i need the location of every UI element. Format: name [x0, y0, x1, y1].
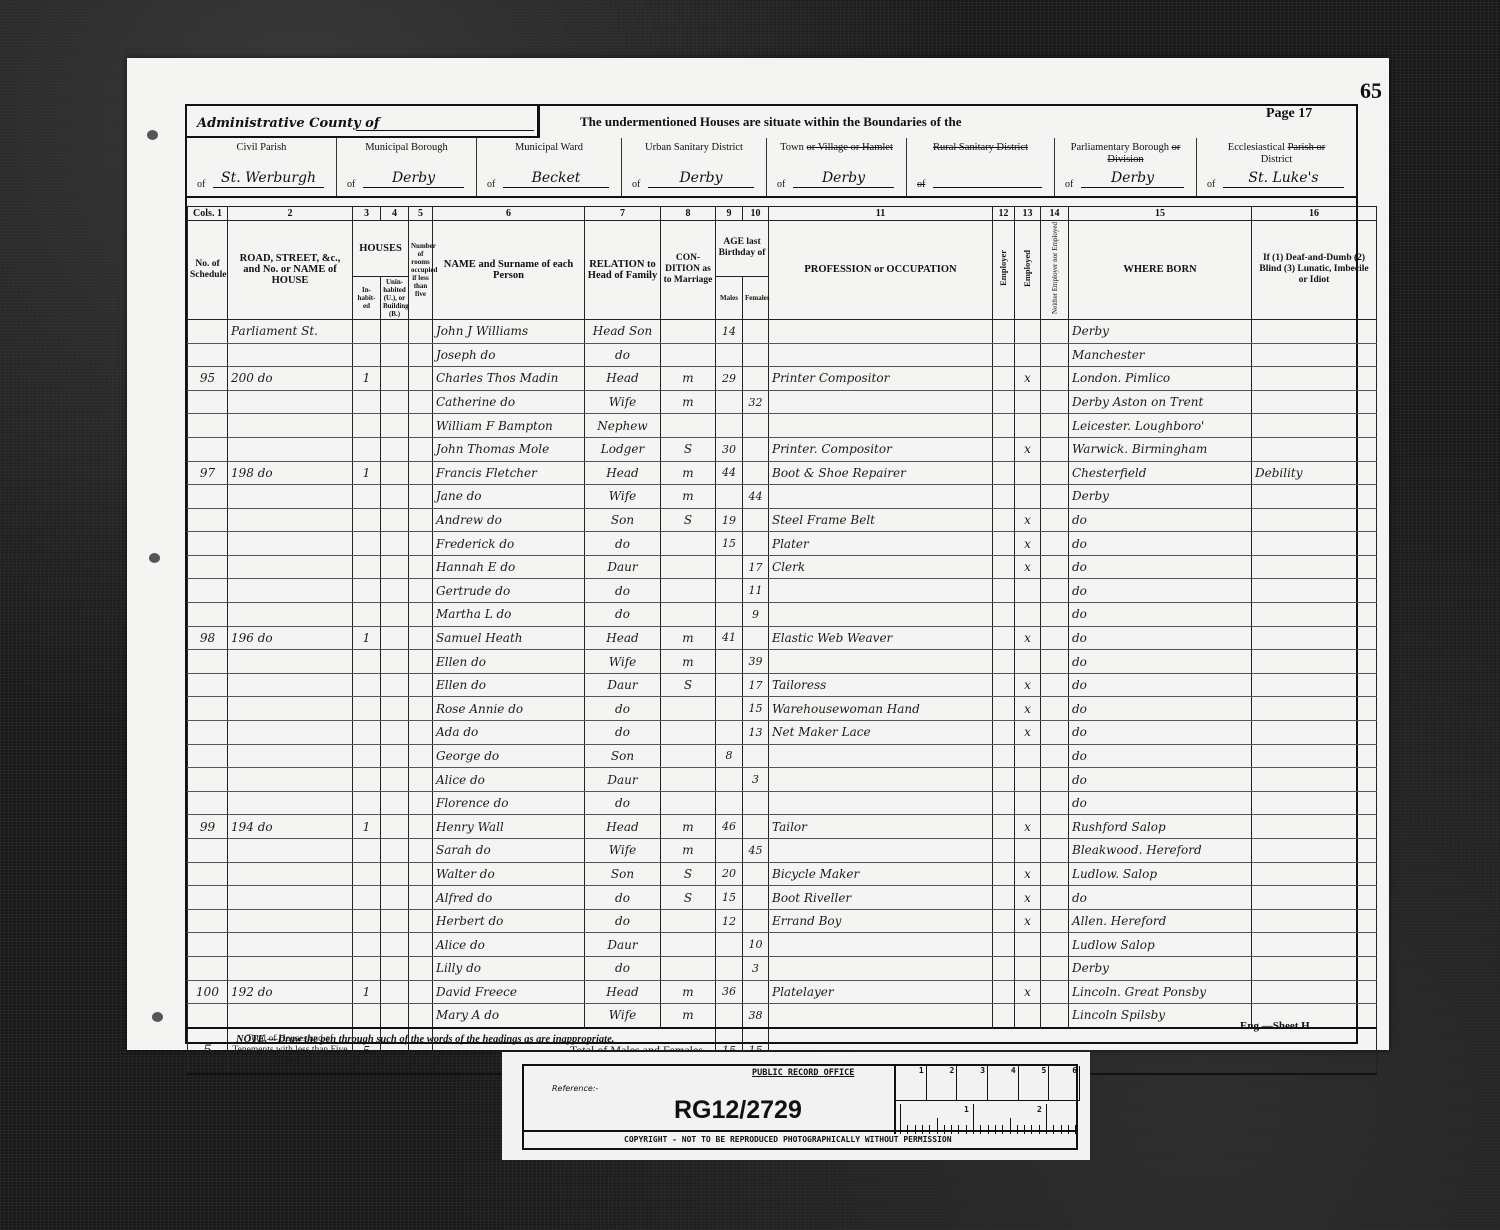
cell-relation: Wife	[585, 390, 661, 414]
cell-employed	[1015, 744, 1041, 768]
parliamentary-borough-value: Derby	[1081, 169, 1184, 188]
cell-inhabited: 1	[353, 461, 381, 485]
cell-infirmity: Debility	[1252, 461, 1377, 485]
cell-employed	[1015, 1004, 1041, 1028]
cell-female-age: 17	[743, 555, 769, 579]
cell-female-age: 44	[743, 485, 769, 509]
cell-schedule: 97	[188, 461, 228, 485]
cell-schedule	[188, 508, 228, 532]
reference-label: Reference:-	[552, 1084, 598, 1093]
rural-sanitary-value	[933, 187, 1042, 188]
cell-occupation: Warehousewoman Hand	[769, 697, 993, 721]
cell-road: 194 do	[228, 815, 353, 839]
cell-employed	[1015, 343, 1041, 367]
cell-infirmity	[1252, 956, 1377, 980]
header-where-born: WHERE BORN	[1069, 221, 1252, 320]
cell-male-age	[716, 791, 743, 815]
cell-inhabited	[353, 508, 381, 532]
cell-infirmity	[1252, 603, 1377, 627]
cell-employed: x	[1015, 721, 1041, 745]
cell-condition	[661, 319, 716, 343]
cell-employed	[1015, 933, 1041, 957]
cell-inhabited	[353, 343, 381, 367]
cell-road: 200 do	[228, 367, 353, 391]
cell-condition	[661, 721, 716, 745]
cell-name: Ellen do	[433, 650, 585, 674]
cell-condition	[661, 768, 716, 792]
table-row: 98196 do1Samuel HeathHeadm41Elastic Web …	[188, 626, 1377, 650]
cell-occupation: Bicycle Maker	[769, 862, 993, 886]
ruler-mark: 2	[927, 1066, 958, 1100]
cell-employed	[1015, 839, 1041, 863]
cell-employed: x	[1015, 886, 1041, 910]
cell-employed	[1015, 650, 1041, 674]
cell-infirmity	[1252, 532, 1377, 556]
district-ecclesiastical: Ecclesiastical Parish orDistrict of St. …	[1197, 138, 1356, 196]
cell-male-age: 46	[716, 815, 743, 839]
cell-inhabited	[353, 862, 381, 886]
cell-relation: Wife	[585, 1004, 661, 1028]
cell-male-age	[716, 697, 743, 721]
cell-name: Catherine do	[433, 390, 585, 414]
cell-road	[228, 555, 353, 579]
cell-condition	[661, 555, 716, 579]
cell-inhabited	[353, 909, 381, 933]
cell-female-age: 3	[743, 956, 769, 980]
cell-road	[228, 414, 353, 438]
cell-infirmity	[1252, 555, 1377, 579]
cell-name: Martha L do	[433, 603, 585, 627]
cell-inhabited	[353, 673, 381, 697]
cell-occupation: Errand Boy	[769, 909, 993, 933]
cell-road	[228, 650, 353, 674]
cell-name: Hannah E do	[433, 555, 585, 579]
cell-male-age: 12	[716, 909, 743, 933]
cell-employed	[1015, 390, 1041, 414]
table-row: Florence dododo	[188, 791, 1377, 815]
cell-schedule	[188, 697, 228, 721]
cell-road	[228, 508, 353, 532]
cell-female-age: 38	[743, 1004, 769, 1028]
cell-where-born: Chesterfield	[1069, 461, 1252, 485]
cell-male-age: 44	[716, 461, 743, 485]
cell-employed	[1015, 579, 1041, 603]
cell-infirmity	[1252, 579, 1377, 603]
cell-condition	[661, 579, 716, 603]
cell-female-age	[743, 886, 769, 910]
header-relation: RELATION to Head of Family	[585, 221, 661, 320]
header-males: Males	[716, 276, 743, 319]
cell-name: Francis Fletcher	[433, 461, 585, 485]
cell-male-age: 15	[716, 532, 743, 556]
cell-occupation	[769, 603, 993, 627]
cell-name: Florence do	[433, 791, 585, 815]
cell-inhabited: 1	[353, 980, 381, 1004]
cell-female-age	[743, 980, 769, 1004]
cell-infirmity	[1252, 626, 1377, 650]
header-rooms: Number of rooms occupied if less than fi…	[409, 221, 433, 320]
cell-infirmity	[1252, 414, 1377, 438]
cell-male-age: 14	[716, 319, 743, 343]
cell-female-age: 45	[743, 839, 769, 863]
cell-male-age	[716, 390, 743, 414]
cell-schedule	[188, 768, 228, 792]
cell-infirmity	[1252, 390, 1377, 414]
header-employed: Employed	[1015, 221, 1041, 320]
cell-female-age: 9	[743, 603, 769, 627]
cell-occupation: Steel Frame Belt	[769, 508, 993, 532]
cell-inhabited	[353, 650, 381, 674]
cell-infirmity	[1252, 721, 1377, 745]
cell-male-age	[716, 839, 743, 863]
cell-occupation: Boot Riveller	[769, 886, 993, 910]
cell-relation: Daur	[585, 768, 661, 792]
cell-relation: do	[585, 886, 661, 910]
cell-schedule	[188, 744, 228, 768]
header-schedule: No. of Schedule	[188, 221, 228, 320]
cell-condition: S	[661, 673, 716, 697]
cell-infirmity	[1252, 367, 1377, 391]
cell-female-age: 15	[743, 697, 769, 721]
cell-name: George do	[433, 744, 585, 768]
cell-condition	[661, 909, 716, 933]
cell-name: Andrew do	[433, 508, 585, 532]
cell-schedule: 100	[188, 980, 228, 1004]
cell-male-age	[716, 343, 743, 367]
cell-inhabited	[353, 555, 381, 579]
cell-road	[228, 862, 353, 886]
cell-occupation: Printer Compositor	[769, 367, 993, 391]
cell-male-age: 8	[716, 744, 743, 768]
cell-female-age	[743, 815, 769, 839]
cell-road	[228, 437, 353, 461]
cell-female-age	[743, 532, 769, 556]
cell-where-born: do	[1069, 603, 1252, 627]
cell-road	[228, 768, 353, 792]
cell-occupation: Tailor	[769, 815, 993, 839]
cell-road	[228, 1004, 353, 1028]
sheet-identifier: Eng.—Sheet H.	[1240, 1020, 1312, 1032]
cell-occupation	[769, 650, 993, 674]
cell-employed	[1015, 414, 1041, 438]
cell-name: Mary A do	[433, 1004, 585, 1028]
cell-employed	[1015, 319, 1041, 343]
ecclesiastical-value: St. Luke's	[1223, 169, 1344, 188]
cell-where-born: Warwick. Birmingham	[1069, 437, 1252, 461]
cell-occupation: Elastic Web Weaver	[769, 626, 993, 650]
cell-infirmity	[1252, 744, 1377, 768]
cell-where-born: Manchester	[1069, 343, 1252, 367]
cell-condition	[661, 343, 716, 367]
cell-schedule	[188, 485, 228, 509]
ruler-mark: 6	[1049, 1066, 1080, 1100]
cell-infirmity	[1252, 508, 1377, 532]
cell-where-born: do	[1069, 532, 1252, 556]
pro-reference-stamp: PUBLIC RECORD OFFICE Reference:- RG12/27…	[502, 1052, 1090, 1160]
cell-employed	[1015, 768, 1041, 792]
cell-employed	[1015, 461, 1041, 485]
cell-where-born: Lincoln. Great Ponsby	[1069, 980, 1252, 1004]
cell-road	[228, 390, 353, 414]
column-number-row: Cols. 1 2 3 4 5 6 7 8 9 10 11 12 13 14 1…	[188, 207, 1377, 221]
table-row: Walter doSonS20Bicycle MakerxLudlow. Sal…	[188, 862, 1377, 886]
cell-where-born: Allen. Hereford	[1069, 909, 1252, 933]
district-civil-parish: Civil Parish of St. Werburgh	[187, 138, 337, 196]
district-municipal-ward: Municipal Ward of Becket	[477, 138, 622, 196]
cell-condition: m	[661, 485, 716, 509]
cell-infirmity	[1252, 862, 1377, 886]
district-urban-sanitary: Urban Sanitary District of Derby	[622, 138, 767, 196]
cell-occupation: Plater	[769, 532, 993, 556]
cell-occupation	[769, 485, 993, 509]
table-row: Alice doDaur10Ludlow Salop	[188, 933, 1377, 957]
cell-name: Sarah do	[433, 839, 585, 863]
cell-employed: x	[1015, 673, 1041, 697]
table-row: Gertrude dodo11do	[188, 579, 1377, 603]
cell-relation: do	[585, 532, 661, 556]
cell-schedule	[188, 721, 228, 745]
total-schedules: 5	[188, 1028, 228, 1074]
cell-female-age	[743, 791, 769, 815]
cell-occupation: Tailoress	[769, 673, 993, 697]
cell-female-age: 39	[743, 650, 769, 674]
cell-relation: Son	[585, 744, 661, 768]
cell-condition: S	[661, 508, 716, 532]
cell-employed: x	[1015, 862, 1041, 886]
cell-schedule: 95	[188, 367, 228, 391]
cell-employed: x	[1015, 532, 1041, 556]
cell-occupation: Boot & Shoe Repairer	[769, 461, 993, 485]
table-row: Joseph dodoManchester	[188, 343, 1377, 367]
ruler-label: 1	[964, 1105, 969, 1114]
cell-relation: Head	[585, 980, 661, 1004]
cell-where-born: Derby	[1069, 485, 1252, 509]
copyright-notice: COPYRIGHT - NOT TO BE REPRODUCED PHOTOGR…	[524, 1130, 1076, 1148]
cell-female-age: 32	[743, 390, 769, 414]
cell-inhabited	[353, 886, 381, 910]
cell-infirmity	[1252, 815, 1377, 839]
cell-condition	[661, 744, 716, 768]
header-employer: Employer	[993, 221, 1015, 320]
cell-female-age	[743, 437, 769, 461]
cell-condition	[661, 603, 716, 627]
cell-name: Herbert do	[433, 909, 585, 933]
cell-relation: Head	[585, 815, 661, 839]
cell-relation: do	[585, 909, 661, 933]
cell-male-age: 30	[716, 437, 743, 461]
cell-inhabited	[353, 956, 381, 980]
cell-male-age: 41	[716, 626, 743, 650]
cell-condition: m	[661, 461, 716, 485]
cell-relation: Daur	[585, 933, 661, 957]
cell-schedule	[188, 673, 228, 697]
cell-inhabited	[353, 839, 381, 863]
cell-name: John Thomas Mole	[433, 437, 585, 461]
cell-where-born: Ludlow. Salop	[1069, 862, 1252, 886]
census-table: Cols. 1 2 3 4 5 6 7 8 9 10 11 12 13 14 1…	[187, 206, 1377, 1075]
table-row: William F BamptonNephewLeicester. Loughb…	[188, 414, 1377, 438]
cell-where-born: do	[1069, 673, 1252, 697]
cell-condition	[661, 956, 716, 980]
cell-male-age	[716, 956, 743, 980]
cell-male-age	[716, 414, 743, 438]
cell-employed: x	[1015, 508, 1041, 532]
cell-inhabited	[353, 1004, 381, 1028]
cell-male-age: 19	[716, 508, 743, 532]
cell-name: Alice do	[433, 933, 585, 957]
cell-relation: Son	[585, 862, 661, 886]
cell-employed: x	[1015, 909, 1041, 933]
district-rural-sanitary: Rural Sanitary District of	[907, 138, 1055, 196]
cell-schedule	[188, 437, 228, 461]
cell-infirmity	[1252, 980, 1377, 1004]
cell-employed	[1015, 485, 1041, 509]
cell-relation: do	[585, 697, 661, 721]
cell-schedule	[188, 909, 228, 933]
cell-infirmity	[1252, 319, 1377, 343]
cell-occupation	[769, 933, 993, 957]
cell-male-age	[716, 603, 743, 627]
table-row: Frederick dodo15Platerxdo	[188, 532, 1377, 556]
table-row: Hannah E doDaur17Clerkxdo	[188, 555, 1377, 579]
ruler-mark: 4	[988, 1066, 1019, 1100]
cell-inhabited	[353, 744, 381, 768]
cell-male-age	[716, 933, 743, 957]
cell-condition	[661, 414, 716, 438]
cell-where-born: do	[1069, 508, 1252, 532]
cell-employed	[1015, 791, 1041, 815]
table-row: 95200 do1Charles Thos MadinHeadm29Printe…	[188, 367, 1377, 391]
cell-condition	[661, 791, 716, 815]
cell-relation: Wife	[585, 485, 661, 509]
cell-condition: S	[661, 437, 716, 461]
cell-infirmity	[1252, 768, 1377, 792]
cell-male-age: 20	[716, 862, 743, 886]
cell-infirmity	[1252, 485, 1377, 509]
cell-name: Gertrude do	[433, 579, 585, 603]
cell-road	[228, 603, 353, 627]
cell-infirmity	[1252, 650, 1377, 674]
cell-male-age	[716, 650, 743, 674]
table-row: Ellen doDaurS17Tailoressxdo	[188, 673, 1377, 697]
column-header-row: No. of Schedule ROAD, STREET, &c., and N…	[188, 221, 1377, 277]
ruler-mark: 3	[957, 1066, 988, 1100]
cell-occupation: Clerk	[769, 555, 993, 579]
cell-road	[228, 744, 353, 768]
table-row: George doSon8do	[188, 744, 1377, 768]
cell-schedule	[188, 956, 228, 980]
cell-name: Rose Annie do	[433, 697, 585, 721]
cell-condition: m	[661, 980, 716, 1004]
cell-condition: S	[661, 886, 716, 910]
district-parliamentary-borough: Parliamentary Borough or Division of Der…	[1055, 138, 1197, 196]
cell-female-age: 17	[743, 673, 769, 697]
cell-schedule	[188, 579, 228, 603]
cell-road	[228, 933, 353, 957]
header-females: Females	[743, 276, 769, 319]
cell-condition: m	[661, 390, 716, 414]
cell-road	[228, 579, 353, 603]
cell-employed	[1015, 603, 1041, 627]
cell-relation: do	[585, 603, 661, 627]
cell-where-born: do	[1069, 626, 1252, 650]
cell-where-born: do	[1069, 650, 1252, 674]
cell-condition	[661, 532, 716, 556]
cell-occupation	[769, 390, 993, 414]
page-number: Page 17	[1266, 106, 1312, 122]
cell-inhabited	[353, 697, 381, 721]
cell-schedule: 98	[188, 626, 228, 650]
cell-name: Ada do	[433, 721, 585, 745]
cell-male-age	[716, 485, 743, 509]
cell-name: William F Bampton	[433, 414, 585, 438]
header-occupation: PROFESSION or OCCUPATION	[769, 221, 993, 320]
cell-inhabited	[353, 532, 381, 556]
punch-hole	[152, 1012, 163, 1022]
header-age: AGE last Birthday of	[716, 221, 769, 277]
cell-road	[228, 721, 353, 745]
cell-male-age	[716, 768, 743, 792]
town-value: Derby	[793, 169, 894, 188]
cell-schedule	[188, 933, 228, 957]
cell-where-born: London. Pimlico	[1069, 367, 1252, 391]
cell-occupation	[769, 839, 993, 863]
cell-road	[228, 839, 353, 863]
cell-male-age	[716, 555, 743, 579]
cell-condition: m	[661, 1004, 716, 1028]
cell-condition: m	[661, 815, 716, 839]
page-stamp-number: 65	[1360, 78, 1382, 104]
cell-occupation	[769, 791, 993, 815]
cell-relation: do	[585, 343, 661, 367]
cell-road	[228, 343, 353, 367]
district-town: Town or Village or Hamlet of Derby	[767, 138, 907, 196]
table-row: Ada dodo13Net Maker Lacexdo	[188, 721, 1377, 745]
cell-relation: Daur	[585, 673, 661, 697]
cell-occupation	[769, 579, 993, 603]
cell-occupation	[769, 343, 993, 367]
cell-infirmity	[1252, 673, 1377, 697]
header-houses: HOUSES	[353, 221, 409, 277]
cell-occupation	[769, 1004, 993, 1028]
cell-male-age	[716, 673, 743, 697]
reference-number: RG12/2729	[674, 1096, 802, 1125]
cell-employed: x	[1015, 555, 1041, 579]
cell-condition: m	[661, 367, 716, 391]
cell-road	[228, 956, 353, 980]
cell-female-age	[743, 909, 769, 933]
cell-condition: m	[661, 839, 716, 863]
header-condition: CON-DITION as to Marriage	[661, 221, 716, 320]
cell-male-age	[716, 721, 743, 745]
cell-infirmity	[1252, 697, 1377, 721]
ruler-label: 2	[1037, 1105, 1042, 1114]
cell-relation: Daur	[585, 555, 661, 579]
cell-where-born: Derby	[1069, 956, 1252, 980]
cell-occupation	[769, 956, 993, 980]
cell-female-age	[743, 367, 769, 391]
cell-road: 196 do	[228, 626, 353, 650]
table-row: Alfred dodoS15Boot Rivellerxdo	[188, 886, 1377, 910]
cell-female-age	[743, 626, 769, 650]
cell-infirmity	[1252, 437, 1377, 461]
header-name: NAME and Surname of each Person	[433, 221, 585, 320]
cell-infirmity	[1252, 839, 1377, 863]
table-row: 100192 do1David FreeceHeadm36Platelayerx…	[188, 980, 1377, 1004]
cell-employed: x	[1015, 367, 1041, 391]
cell-name: Jane do	[433, 485, 585, 509]
cell-relation: do	[585, 721, 661, 745]
